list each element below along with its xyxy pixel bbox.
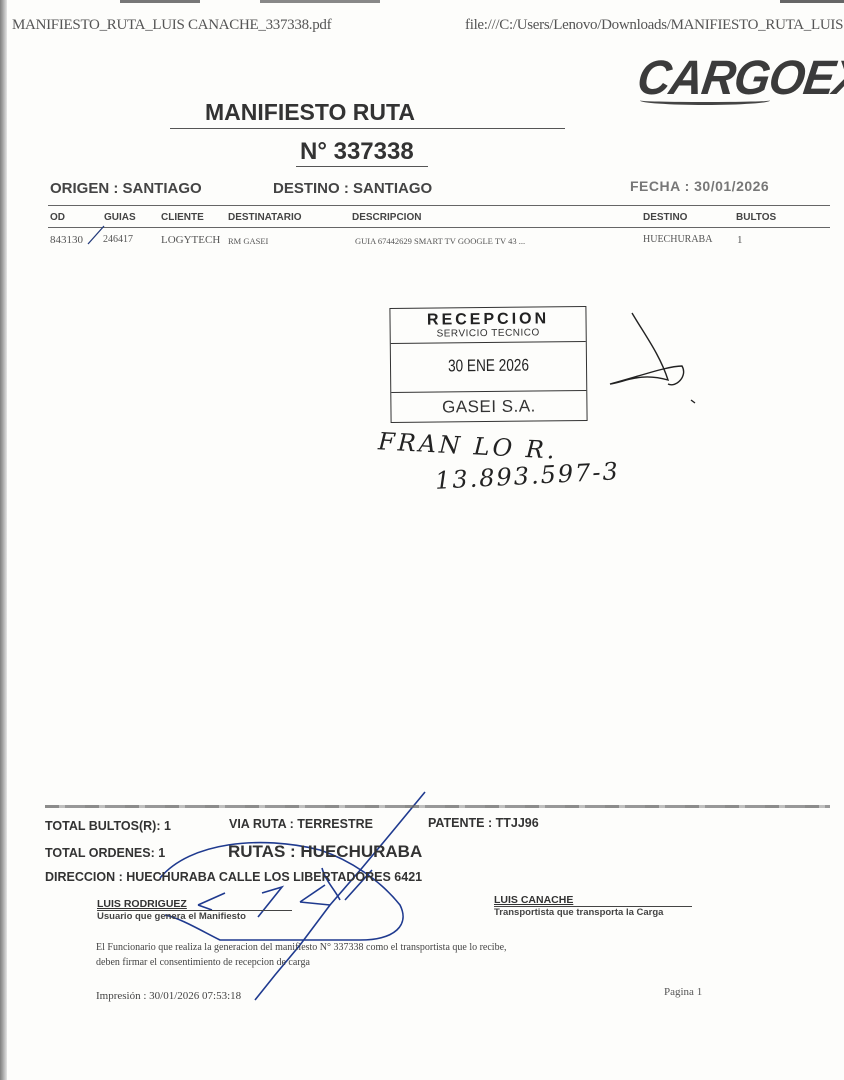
generator-name: LUIS RODRIGUEZ (97, 898, 187, 910)
scan-top-artifact (260, 0, 380, 3)
generator-role: Usuario que genera el Manifiesto (97, 911, 246, 922)
cell-destinatario: RM GASEI (228, 236, 268, 246)
direccion: DIRECCION : HUECHURABA CALLE LOS LIBERTA… (45, 870, 422, 884)
carrier-role: Transportista que transporta la Carga (494, 907, 663, 918)
footer-note-line2: deben firmar el consentimiento de recepc… (96, 957, 310, 968)
date-label: FECHA : 30/01/2026 (630, 178, 769, 194)
scan-left-edge-shadow (0, 0, 7, 1080)
handwritten-receiver-rut: 13.893.597-3 (434, 457, 620, 495)
total-bultos: TOTAL BULTOS(R): 1 (45, 819, 171, 833)
total-ordenes: TOTAL ORDENES: 1 (45, 846, 165, 860)
stamp-divider (391, 390, 586, 393)
col-header-guias: GUIAS (104, 212, 136, 223)
reception-stamp: RECEPCION SERVICIO TECNICO 30 ENE 2026 G… (389, 306, 587, 423)
table-top-rule (48, 205, 830, 206)
stamp-company: GASEI S.A. (391, 396, 586, 418)
destination-label: DESTINO : SANTIAGO (273, 180, 432, 197)
scan-top-artifact (780, 0, 844, 3)
footer-note-line1: El Funcionario que realiza la generacion… (96, 942, 507, 953)
col-header-destinatario: DESTINATARIO (228, 212, 302, 223)
cell-guias: 246417 (103, 234, 133, 245)
stamp-date: 30 ENE 2026 (410, 355, 566, 377)
patente: PATENTE : TTJJ96 (428, 816, 539, 830)
cell-od: 843130 (50, 234, 83, 246)
col-header-descripcion: DESCRIPCION (352, 212, 421, 223)
col-header-cliente: CLIENTE (161, 212, 204, 223)
carrier-name: LUIS CANACHE (494, 894, 573, 906)
number-underline (296, 166, 428, 167)
print-timestamp: Impresión : 30/01/2026 07:53:18 (96, 990, 241, 1002)
title-divider (170, 128, 565, 129)
origin-label: ORIGEN : SANTIAGO (50, 180, 202, 197)
summary-divider (45, 805, 830, 808)
handwritten-receiver-name: FRAN LO R. (377, 427, 558, 464)
document-title: MANIFIESTO RUTA (205, 99, 415, 126)
stamp-subtitle: SERVICIO TECNICO (391, 327, 586, 340)
logo-swoosh-icon (640, 96, 770, 105)
cell-bultos: 1 (737, 234, 743, 246)
print-header-file-url: file:///C:/Users/Lenovo/Downloads/MANIFI… (465, 17, 844, 34)
table-header-rule (48, 227, 830, 228)
manifest-number: N° 337338 (300, 138, 414, 166)
col-header-bultos: BULTOS (736, 212, 776, 223)
scan-top-artifact (120, 0, 200, 3)
print-header-file-name: MANIFIESTO_RUTA_LUIS CANACHE_337338.pdf (12, 17, 331, 34)
col-header-destino: DESTINO (643, 212, 687, 223)
via-ruta: VIA RUTA : TERRESTRE (229, 817, 373, 831)
cell-descripcion: GUIA 67442629 SMART TV GOOGLE TV 43 ... (355, 236, 525, 246)
cell-destino: HUECHURABA (643, 234, 712, 245)
stamp-divider (391, 341, 586, 344)
page-number: Pagina 1 (664, 986, 702, 998)
col-header-od: OD (50, 212, 65, 223)
rutas: RUTAS : HUECHURABA (228, 842, 422, 862)
cell-cliente: LOGYTECH (161, 234, 220, 246)
